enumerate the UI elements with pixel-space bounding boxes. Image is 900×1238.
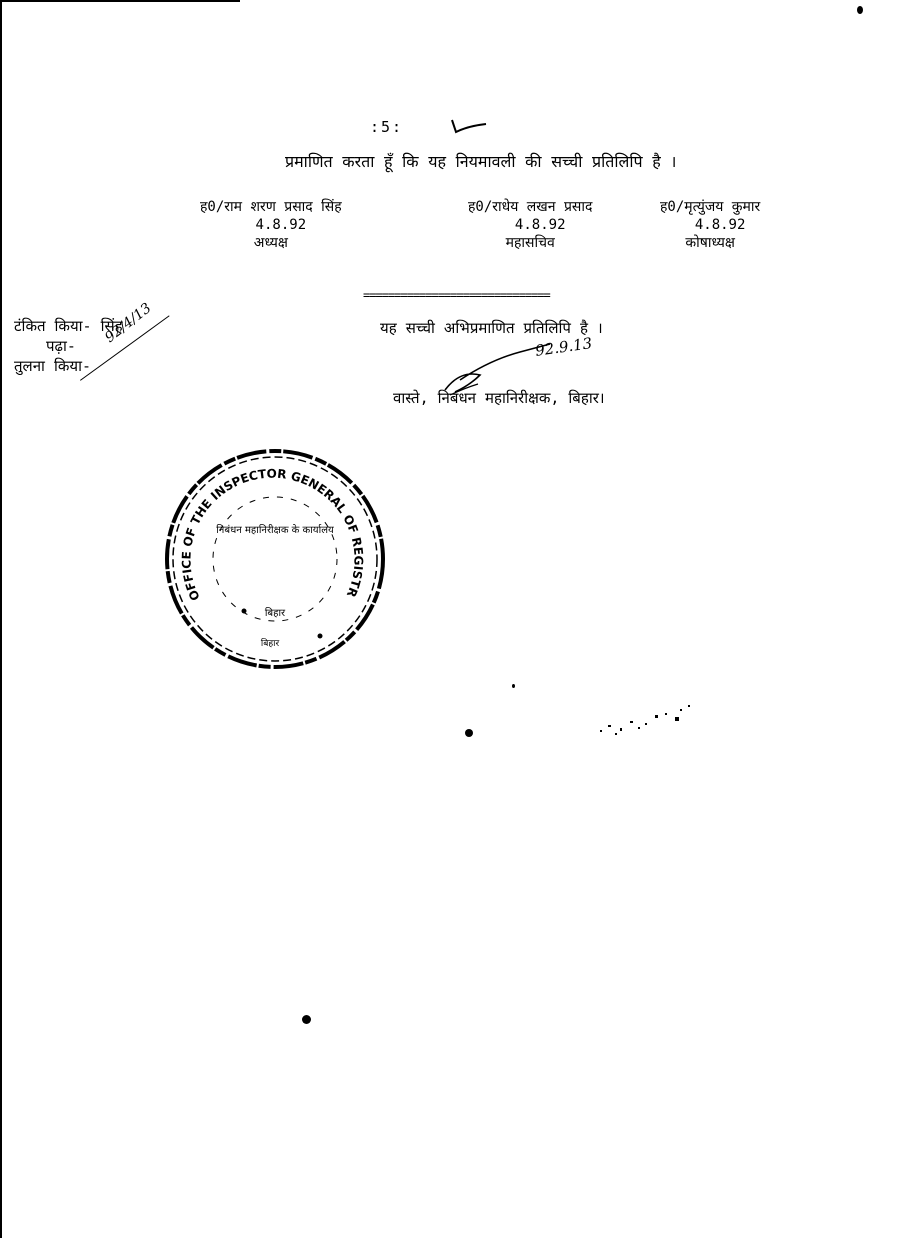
signatory-name: ह0/मृत्युंजय कुमार: [660, 198, 760, 216]
page-top-edge: [0, 0, 240, 2]
signatory-name: ह0/राम शरण प्रसाद सिंह: [200, 198, 342, 216]
separator-line: ==============================: [363, 288, 550, 302]
ink-dot: [465, 729, 473, 737]
stamp-inner-bottom-text: बिहार: [265, 607, 286, 619]
stamp-bottom-text: बिहार: [261, 637, 280, 649]
signatory-date: 4.8.92: [200, 216, 342, 234]
left-note: टंकित किया- सिंह पढ़ा- तुलना किया-: [14, 316, 123, 376]
signatory-date: 4.8.92: [468, 216, 592, 234]
official-seal-stamp: OFFICE OF THE INSPECTOR GENERAL OF REGIS…: [160, 448, 390, 670]
ink-dot: [302, 1015, 311, 1024]
signatory-designation: अध्यक्ष: [200, 234, 342, 252]
compared-by: तुलना किया-: [14, 356, 123, 376]
ink-dot: [857, 6, 863, 14]
signatory-date: 4.8.92: [660, 216, 760, 234]
page-left-edge: [0, 0, 2, 1238]
signatory-name: ह0/राधेय लखन प्रसाद: [468, 198, 592, 216]
ink-dot: [512, 684, 515, 688]
page-number: :5:: [370, 118, 403, 136]
signatory-designation: कोषाध्यक्ष: [660, 234, 760, 252]
signatory-designation: महासचिव: [468, 234, 592, 252]
signatory-president: ह0/राम शरण प्रसाद सिंह 4.8.92 अध्यक्ष: [200, 198, 342, 252]
signatory-treasurer: ह0/मृत्युंजय कुमार 4.8.92 कोषाध्यक्ष: [660, 198, 760, 252]
tick-mark-icon: [450, 118, 488, 134]
scan-noise: [590, 695, 700, 745]
attestation-line: यह सच्ची अभिप्रमाणित प्रतिलिपि है ।: [380, 318, 603, 338]
office-line: वास्ते, निबंधन महानिरीक्षक, बिहार।: [393, 388, 605, 408]
signatory-general-secretary: ह0/राधेय लखन प्रसाद 4.8.92 महासचिव: [468, 198, 592, 252]
stamp-inner-text: निबंधन महानिरीक्षक के कार्यालय: [216, 524, 334, 536]
certification-line: प्रमाणित करता हूँ कि यह नियमावली की सच्च…: [285, 150, 676, 172]
